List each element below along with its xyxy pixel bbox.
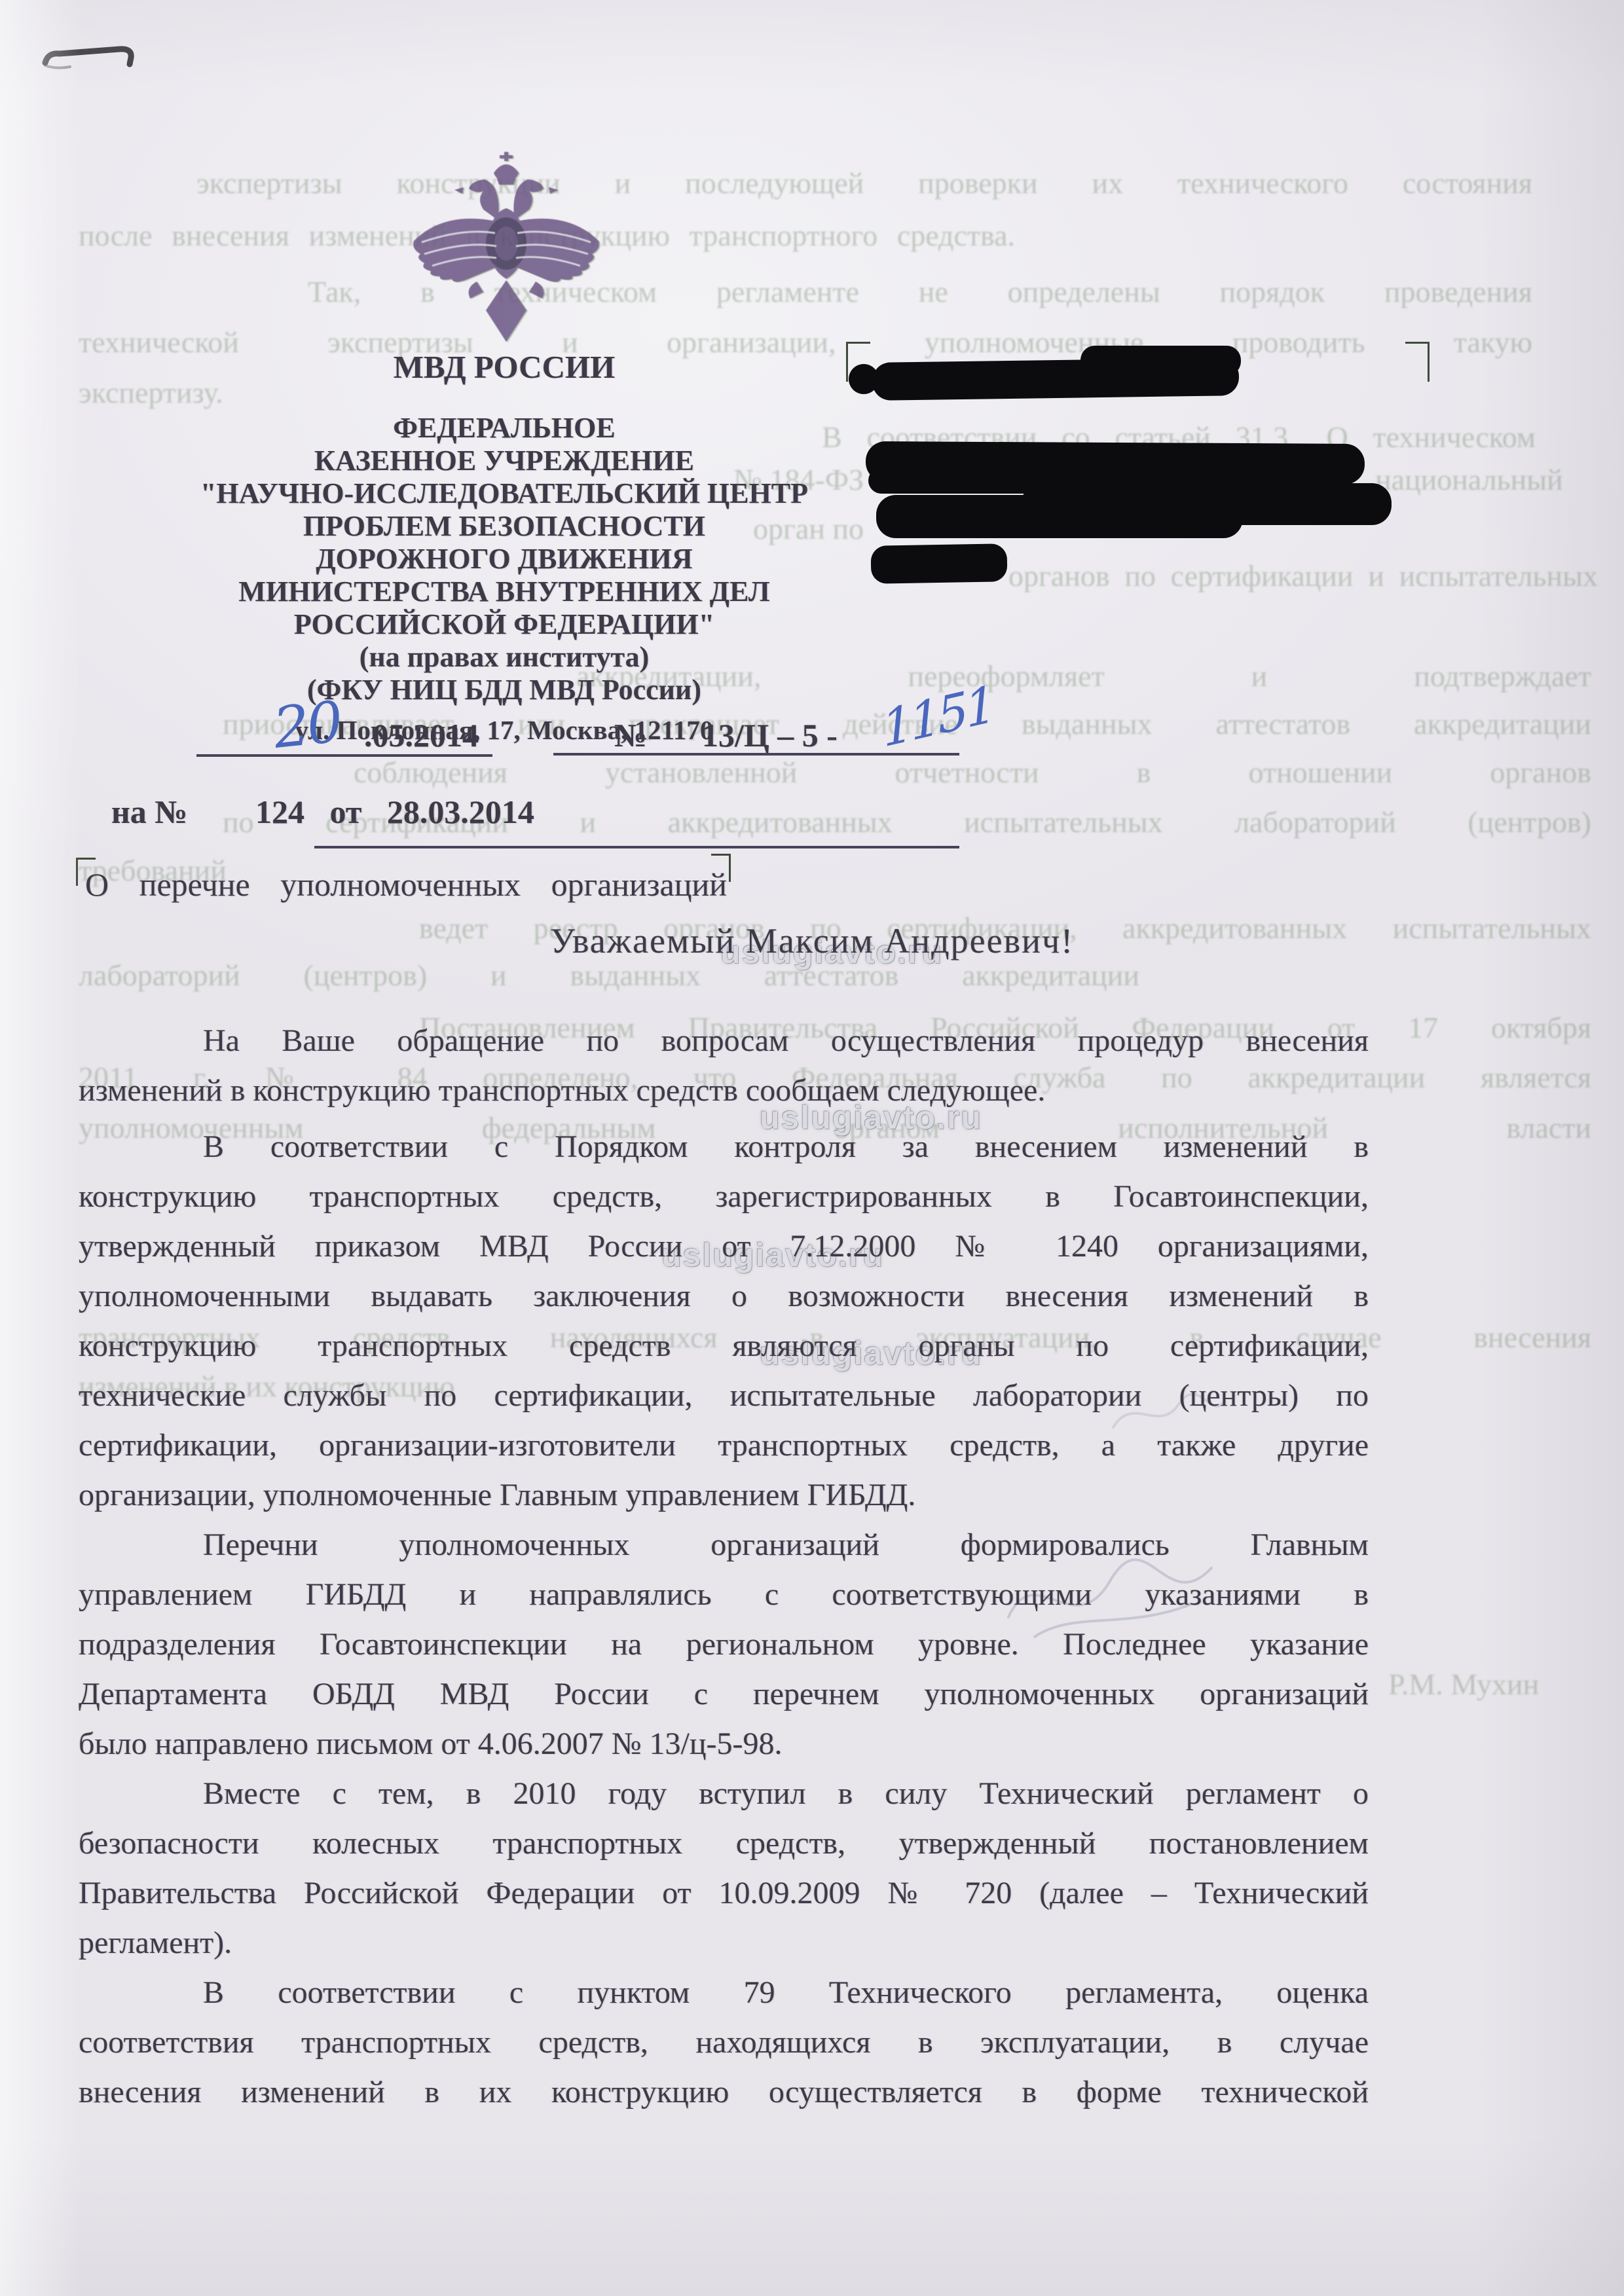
org-name-line: РОССИЙСКОЙ ФЕДЕРАЦИИ": [75, 608, 933, 641]
body-text-line: На Ваше обращение по вопросам осуществле…: [79, 1016, 1369, 1066]
subject-line: О перечне уполномоченных организаций: [85, 866, 727, 903]
reply-to-label: на №: [111, 793, 188, 830]
org-name-line: ФЕДЕРАЛЬНОЕ: [75, 412, 933, 445]
reply-to-value: 124 от 28.03.2014: [255, 793, 534, 830]
redaction-bar: [871, 543, 1008, 584]
body-text-line: подразделения Госавтоинспекции на регион…: [79, 1620, 1369, 1669]
org-name-line: ПРОБЛЕМ БЕЗОПАСНОСТИ: [75, 510, 933, 543]
body-text-line: внесения изменений в их конструкцию осущ…: [79, 2068, 1369, 2117]
org-status-line: (на правах института): [75, 641, 933, 674]
body-text-line: утвержденный приказом МВД России от 7.12…: [79, 1222, 1369, 1271]
bleed-text-line: органов по сертификации и испытательных: [1008, 558, 1598, 594]
body-text-line: сертификации, организации-изготовители т…: [79, 1421, 1369, 1470]
paragraph: Перечни уполномоченных организаций форми…: [79, 1520, 1369, 1769]
org-name-short: МВД РОССИИ: [75, 348, 933, 386]
body-text-line: регламент).: [79, 1918, 1369, 1968]
greeting: Уважаемый Максим Андреевич!: [0, 920, 1624, 961]
bleed-text-line: экспертизы конструкции и последующей про…: [196, 165, 1532, 202]
number-sign: №: [614, 717, 647, 754]
body-text-line: В соответствии с пунктом 79 Технического…: [79, 1968, 1369, 2018]
body-text-line: уполномоченными выдавать заключения о во…: [79, 1271, 1369, 1321]
body-text-line: Вместе с тем, в 2010 году вступил в силу…: [79, 1769, 1369, 1819]
body-text-line: конструкцию транспортных средств, зареги…: [79, 1172, 1369, 1222]
scanned-letter-page: экспертизы конструкции и последующей про…: [0, 0, 1624, 2296]
body-text-line: безопасности колесных транспортных средс…: [79, 1819, 1369, 1868]
body-text-line: было направлено письмом от 4.06.2007 № 1…: [79, 1719, 1369, 1769]
date-month-year: .05.2014: [364, 717, 479, 754]
letter-body: На Ваше обращение по вопросам осуществле…: [79, 1016, 1369, 2117]
staple-mark: [36, 39, 147, 79]
bleed-text-line: национальный: [1375, 462, 1563, 498]
redaction-bar: [1080, 346, 1241, 376]
outgoing-number-prefix: 13/Ц – 5 -: [702, 717, 838, 754]
reply-underline: [314, 846, 959, 848]
body-text-line: технические службы по сертификации, испы…: [79, 1371, 1369, 1421]
body-text-line: соответствия транспортных средств, наход…: [79, 2018, 1369, 2068]
org-name-line: КАЗЕННОЕ УЧРЕЖДЕНИЕ: [75, 445, 933, 477]
org-abbrev-line: (ФКУ НИЦ БДД МВД России): [75, 674, 933, 706]
letterhead: МВД РОССИИ ФЕДЕРАЛЬНОЕ КАЗЕННОЕ УЧРЕЖДЕН…: [75, 348, 933, 746]
body-text-line: Правительства Российской Федерации от 10…: [79, 1868, 1369, 1918]
paragraph: Вместе с тем, в 2010 году вступил в силу…: [79, 1769, 1369, 1968]
body-text-line: Департамента ОБДД МВД России с перечнем …: [79, 1669, 1369, 1719]
body-text-line: изменений в конструкцию транспортных сре…: [79, 1066, 1369, 1116]
bleed-text-line: Р.М. Мухин: [1388, 1666, 1539, 1703]
addressee-corner-mark-right: [1405, 342, 1430, 382]
date-underline: [196, 754, 492, 757]
paragraph: На Ваше обращение по вопросам осуществле…: [79, 1016, 1369, 1116]
body-text-line: управлением ГИБДД и направлялись с соотв…: [79, 1570, 1369, 1620]
org-name-line: МИНИСТЕРСТВА ВНУТРЕННИХ ДЕЛ: [75, 575, 933, 608]
body-text-line: В соответствии с Порядком контроля за вн…: [79, 1122, 1369, 1172]
body-text-line: конструкцию транспортных средств являютс…: [79, 1321, 1369, 1371]
body-text-line: организации, уполномоченные Главным упра…: [79, 1470, 1369, 1520]
org-name-line: "НАУЧНО-ИССЛЕДОВАТЕЛЬСКИЙ ЦЕНТР: [75, 477, 933, 510]
paragraph: В соответствии с Порядком контроля за вн…: [79, 1122, 1369, 1520]
body-text-line: Перечни уполномоченных организаций форми…: [79, 1520, 1369, 1570]
mvd-eagle-emblem-icon: [398, 151, 614, 347]
bleed-text-line: соблюдения установленной отчетности в от…: [354, 754, 1591, 791]
handwritten-day: 20: [270, 689, 343, 761]
paragraph: В соответствии с пунктом 79 Технического…: [79, 1968, 1369, 2117]
redaction-bar: [876, 495, 1243, 538]
bleed-text-line: лабораторий (центров) и выданных аттеста…: [79, 957, 1139, 994]
org-name-line: ДОРОЖНОГО ДВИЖЕНИЯ: [75, 543, 933, 575]
redaction-knob: [849, 364, 879, 394]
